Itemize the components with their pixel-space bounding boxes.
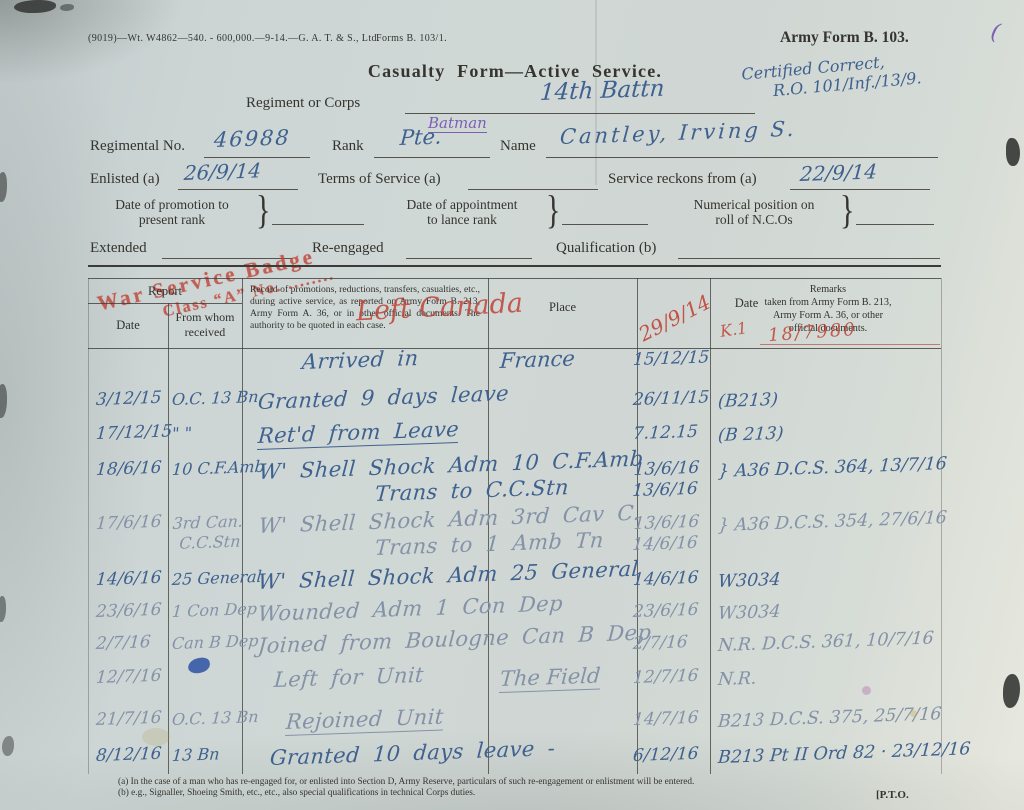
row-place: France [499,346,575,373]
table-row: 2/7/16Can B DepJoined from Boulogne Can … [88,632,941,666]
table-row: Arrived inFrance15/12/15 [88,348,941,388]
date-line: 14/6/16 [632,533,699,556]
numerical-label: Numerical position on roll of N.C.Os [672,197,836,227]
row-report-date: 13/6/1613/6/16 [632,458,700,502]
row-from-whom: 3rd Can.C.C.Stn [171,511,244,554]
date-line: 14/6/16 [632,568,699,591]
row-from-whom: 10 C.F.Amb [171,457,265,480]
appointment-brace: } [546,188,560,234]
row-remarks: (B213) [717,390,778,412]
row-report-date: 13/6/1614/6/16 [632,512,700,556]
army-form-number: Army Form B. 103. [780,29,909,47]
col-header-from: From whom received [168,310,242,340]
date-line: 15/12/15 [632,347,710,371]
date-line: 2/7/16 [632,632,688,655]
row-date: 8/12/16 [95,744,162,766]
row-remarks: N.R. D.C.S. 361, 10/7/16 [717,628,934,656]
row-remarks: (B 213) [717,424,784,446]
row-record: Arrived in [301,345,419,375]
row-date: 21/7/16 [95,708,162,730]
forms-ref: Forms B. 103/1. [376,33,447,44]
from-line: " " [171,423,192,444]
qualification-label: Qualification (b) [556,240,656,257]
service-record-table: Report Date From whom received Record of… [88,278,941,774]
row-date: 14/6/16 [95,568,162,590]
form-title: Casualty Form—Active Service. [300,61,730,82]
row-date: 12/7/16 [95,666,162,688]
record-line: Rejoined Unit [285,703,444,735]
terms-label: Terms of Service (a) [318,171,441,188]
row-report-date: 26/11/15 [632,387,710,411]
red-underline [760,344,940,345]
row-report-date: 14/7/16 [632,708,699,731]
crease-line [595,0,597,185]
from-line: Can B Dep [171,631,259,654]
record-line: Arrived in [301,345,419,375]
appointment-label: Date of appointment to lance rank [382,197,542,227]
scan-artifact-right-edge [1006,138,1020,166]
from-line: 25 General [171,567,262,590]
date-line: 14/7/16 [632,708,699,731]
report-header: Report [88,284,242,299]
row-date: 23/6/16 [95,600,162,622]
row-from-whom: " " [171,423,192,444]
from-line: 1 Con Dep [171,599,257,622]
stain [910,710,917,717]
extended-label: Extended [90,240,147,257]
row-date: 2/7/16 [95,632,151,654]
from-line: 3rd Can. [172,511,244,534]
service-reckons-label: Service reckons from (a) [608,171,757,188]
date-line: 26/11/15 [632,387,710,411]
date-line: 7.12.15 [632,422,698,445]
service-reckons-value: 22/9/14 [799,159,878,186]
print-code: (9019)—Wt. W4862—540. - 600,000.—9-14.—G… [88,33,380,44]
row-date: 17/6/16 [95,512,162,534]
row-report-date: 7.12.15 [632,422,698,445]
name-label: Name [500,138,536,155]
row-report-date: 15/12/15 [632,347,710,371]
footnote-b: (b) e.g., Signaller, Shoeing Smith, etc.… [118,788,475,798]
row-report-date: 14/6/16 [632,568,699,591]
row-record: Rejoined Unit [285,703,444,735]
regiment-label: Regiment or Corps [246,95,360,112]
row-remarks: } A36 D.C.S. 354, 27/6/16 [717,508,947,536]
table-body: Arrived inFrance15/12/153/12/15O.C. 13 B… [88,348,941,774]
row-from-whom: 1 Con Dep [171,599,257,622]
row-remarks: B213 D.C.S. 375, 25/7/16 [717,704,942,732]
enlisted-value: 26/9/14 [183,158,262,185]
regiment-value: 14th Battn [539,76,665,106]
rank-label: Rank [332,138,364,155]
row-place: The Field [499,663,601,691]
table-row: 8/12/1613 BnGranted 10 days leave -6/12/… [88,744,941,774]
row-report-date: 2/7/16 [632,632,688,655]
red-ref1-note: K.1 [719,318,749,341]
stain [862,686,871,695]
row-remarks: B213 Pt II Ord 82 · 23/12/16 [717,739,971,768]
row-record: Left for Unit [273,662,425,693]
col-header-date: Date [88,318,168,333]
row-report-date: 12/7/16 [632,666,699,689]
row-report-date: 6/12/16 [632,744,699,767]
date-line: 6/12/16 [632,744,699,767]
date-line: 13/6/16 [633,512,700,535]
from-line: O.C. 13 Bn [171,707,259,730]
table-row: 12/7/16Left for UnitThe Field12/7/16N.R. [88,666,941,708]
promotion-label: Date of promotion to present rank [92,197,252,227]
regimental-no-label: Regimental No. [90,138,185,155]
promotion-brace: } [256,188,270,234]
row-from-whom: O.C. 13 Bn [171,707,259,730]
from-line: C.C.Stn [179,532,243,554]
row-date: 18/6/16 [95,458,162,480]
row-remarks: W3034 [717,602,781,624]
pto-label: [P.T.O. [876,789,909,801]
table-row: 3/12/15O.C. 13 BnGranted 9 days leave26/… [88,388,941,422]
row-date: 17/12/15 [95,421,173,444]
enlisted-label: Enlisted (a) [90,171,160,188]
date-line: 13/6/16 [632,479,699,502]
row-date: 3/12/15 [95,388,162,410]
numerical-brace: } [840,188,854,234]
date-line: 12/7/16 [632,666,699,689]
row-remarks: } A36 D.C.S. 364, 13/7/16 [717,454,947,482]
table-top-rule [88,265,941,267]
row-from-whom: O.C. 13 Bn [171,387,259,410]
row-remarks: W3034 [717,570,781,592]
from-line: O.C. 13 Bn [171,387,259,410]
row-from-whom: 25 General [171,567,262,590]
row-from-whom: Can B Dep [171,631,259,654]
red-date-note: 29/9/14 [635,290,715,346]
record-line: Left for Unit [273,662,425,693]
from-line: 10 C.F.Amb [171,457,265,480]
date-line: 13/6/16 [633,458,700,481]
rank-value: Pte. [399,125,442,151]
footnote-a: (a) In the case of a man who has re-enga… [118,777,694,787]
regimental-no-value: 46988 [213,125,291,152]
stain [142,728,170,746]
row-from-whom: 13 Bn [171,744,220,766]
row-remarks: N.R. [717,669,757,690]
scanned-casualty-form: (9019)—Wt. W4862—540. - 600,000.—9-14.—G… [0,0,1024,810]
from-line: 13 Bn [171,744,220,766]
